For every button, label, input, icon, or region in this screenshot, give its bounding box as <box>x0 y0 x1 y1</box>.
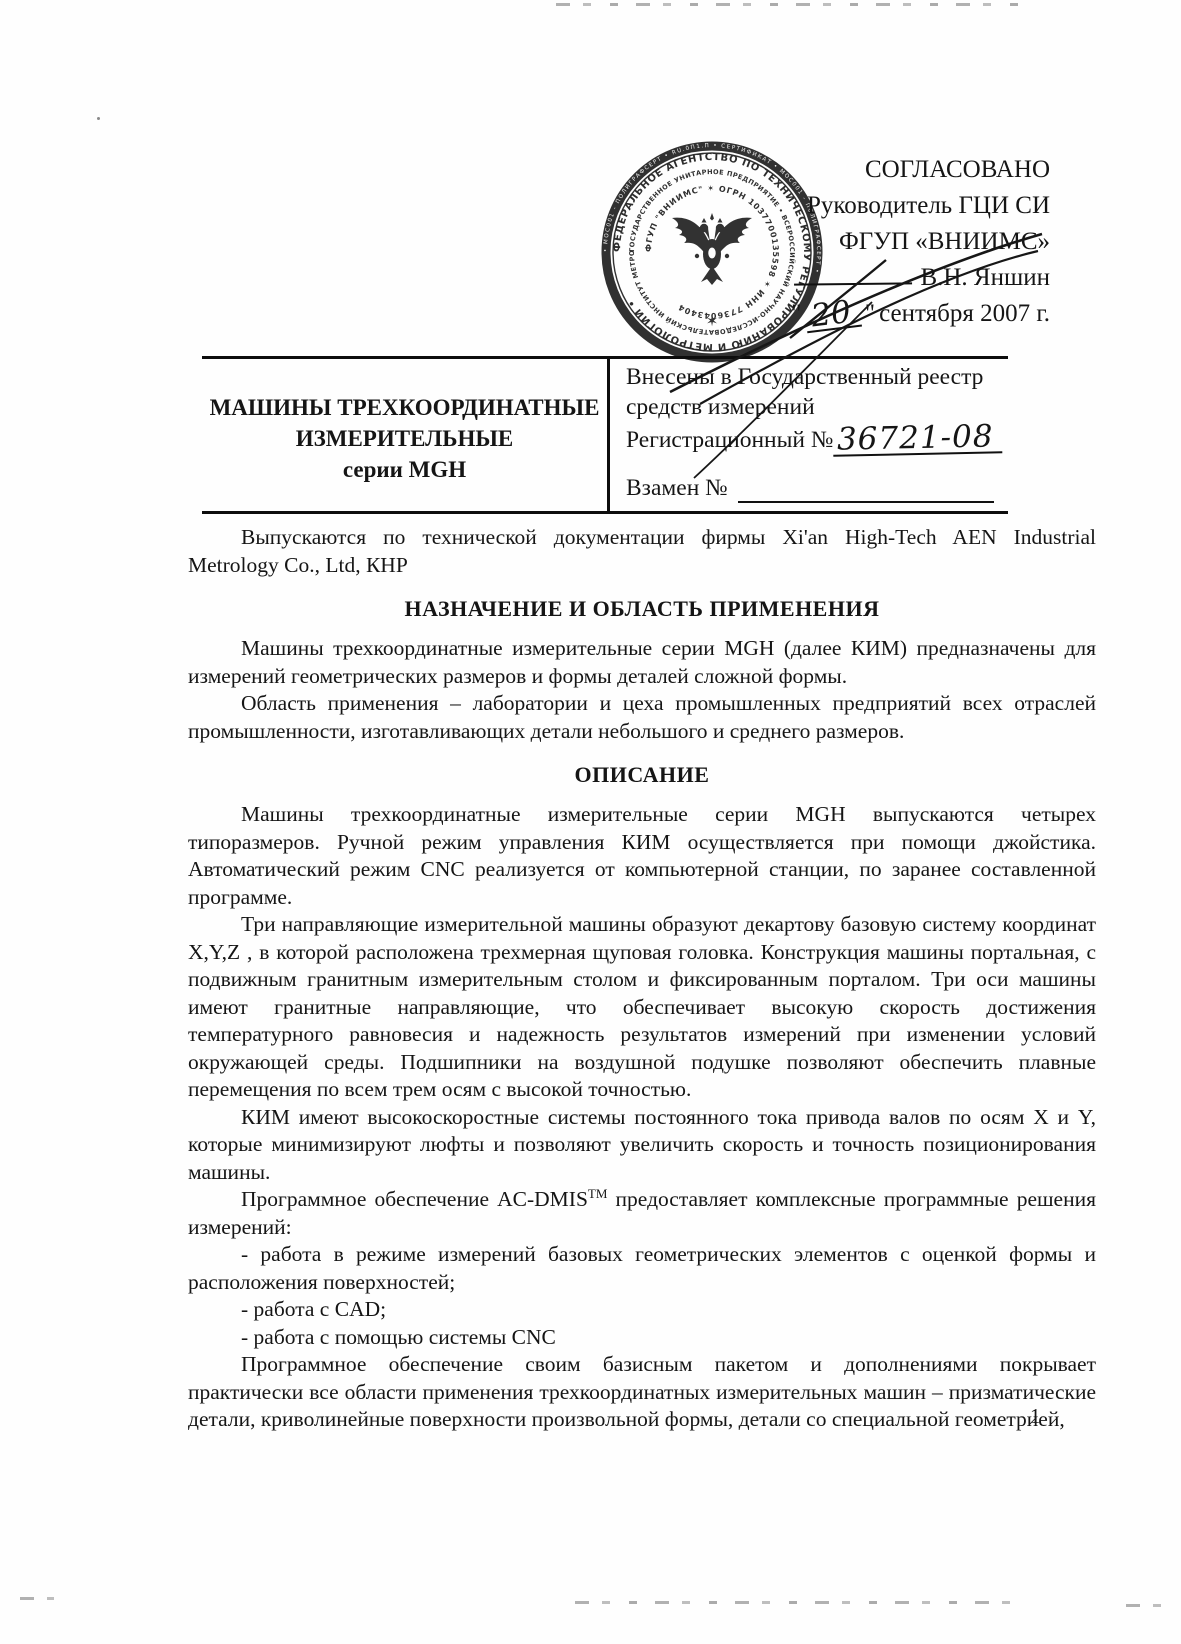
scan-artifact-bottom-left <box>20 1597 54 1600</box>
registry-line2: средств измерений <box>626 392 1002 422</box>
instrument-name-line1: МАШИНЫ ТРЕХКООРДИНАТНЫЕ <box>210 392 600 423</box>
page-number: 1 <box>1030 1404 1041 1429</box>
paragraph: Машины трехкоординатные измерительные се… <box>188 801 1096 911</box>
software-paragraph: Программное обеспечение AC-DMISTM предос… <box>188 1186 1096 1241</box>
replaces-blank-line <box>738 491 994 503</box>
approval-title: СОГЛАСОВАНО <box>620 152 1050 188</box>
paragraph: КИМ имеют высокоскоростные системы посто… <box>188 1104 1096 1187</box>
trademark-superscript: TM <box>588 1186 608 1201</box>
date-month-year: сентября 2007 г. <box>879 300 1050 327</box>
date-open-quote: " <box>787 296 805 332</box>
registration-number-row: Регистрационный №36721-08 <box>626 423 1002 455</box>
replaces-row: Взамен № <box>626 473 1002 503</box>
closing-paragraph: Программное обеспечение своим базисным п… <box>188 1351 1096 1434</box>
signer-name: В.Н. Яншин <box>920 264 1050 291</box>
instrument-series: серии MGH <box>343 454 466 485</box>
approval-date-row: "20"сентября 2007 г. <box>620 296 1050 332</box>
list-item: - работа в режиме измерений базовых геом… <box>188 1241 1096 1296</box>
instrument-title-cell: МАШИНЫ ТРЕХКООРДИНАТНЫЕ ИЗМЕРИТЕЛЬНЫЕ се… <box>202 359 610 511</box>
replaces-label: Взамен № <box>626 473 728 503</box>
document-page: • МОС001 - ПОЛИГРАФСЕРТ • RU.0П1.П • СЕР… <box>0 0 1181 1644</box>
signature-row: В.Н. Яншин <box>620 260 1050 296</box>
signature-line <box>794 268 912 285</box>
handwritten-registration-number: 36721-08 <box>833 421 1002 457</box>
section-heading-purpose: НАЗНАЧЕНИЕ И ОБЛАСТЬ ПРИМЕНЕНИЯ <box>188 595 1096 623</box>
software-text: Программное обеспечение AC-DMIS <box>241 1187 588 1211</box>
paragraph: Область применения – лаборатории и цеха … <box>188 690 1096 745</box>
registration-number-label: Регистрационный № <box>626 425 833 455</box>
paragraph: Три направляющие измерительной машины об… <box>188 911 1096 1104</box>
scan-artifact-bottom-right <box>1126 1604 1164 1607</box>
section-heading-description: ОПИСАНИЕ <box>188 761 1096 789</box>
title-registry-table: МАШИНЫ ТРЕХКООРДИНАТНЫЕ ИЗМЕРИТЕЛЬНЫЕ се… <box>202 356 1008 514</box>
paragraph: Машины трехкоординатные измерительные се… <box>188 635 1096 690</box>
approver-role: Руководитель ГЦИ СИ <box>620 188 1050 224</box>
scan-artifact-top <box>556 3 1036 6</box>
handwritten-day: 20 <box>804 297 863 334</box>
list-item: - работа с CAD; <box>188 1296 1096 1324</box>
approver-organization: ФГУП «ВНИИМС» <box>620 224 1050 260</box>
intro-paragraph: Выпускаются по технической документации … <box>188 524 1096 579</box>
approval-block: СОГЛАСОВАНО Руководитель ГЦИ СИ ФГУП «ВН… <box>620 152 1050 332</box>
date-close-quote: " <box>861 296 879 332</box>
list-item: - работа с помощью системы CNC <box>188 1324 1096 1352</box>
registry-line1: Внесены в Государственный реестр <box>626 362 1002 392</box>
document-body: Выпускаются по технической документации … <box>188 524 1096 1434</box>
registry-cell: Внесены в Государственный реестр средств… <box>610 359 1008 511</box>
scan-artifact-bottom <box>575 1601 1015 1604</box>
scan-speck <box>97 117 100 120</box>
instrument-name-line2: ИЗМЕРИТЕЛЬНЫЕ <box>296 423 514 454</box>
